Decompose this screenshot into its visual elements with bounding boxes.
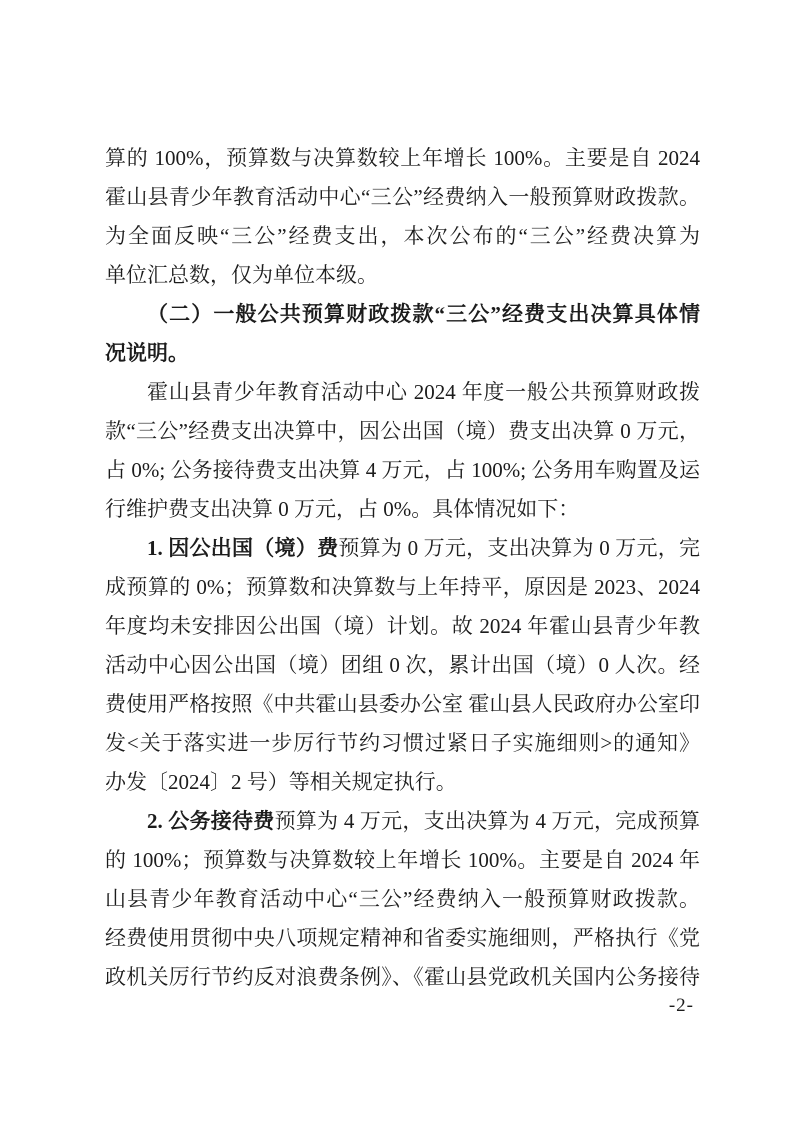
text-line: 霍山县青少年教育活动中心 2024 年度一般公共预算财政拨 — [105, 373, 700, 412]
text-segment: 霍山县青少年教育活动中心 2024 年度一般公共预算财政拨 — [147, 380, 700, 404]
text-segment: 年度均未安排因公出国（境）计划。故 2024 年霍山县青少年教育 — [105, 614, 700, 646]
text-line: 2. 公务接待费预算为 4 万元，支出决算为 4 万元，完成预算 — [105, 802, 700, 841]
text-line: 单位汇总数，仅为单位本级。 — [105, 256, 700, 295]
text-segment: 占 0%; 公务接待费支出决算 4 万元，占 100%; 公务用车购置及运 — [105, 458, 700, 482]
text-segment: 预算为 4 万元，支出决算为 4 万元，完成预算 — [275, 809, 700, 833]
text-line: 年度均未安排因公出国（境）计划。故 2024 年霍山县青少年教育 — [105, 607, 700, 646]
text-segment: 政机关厉行节约反对浪费条例》、《霍山县党政机关国内公务接待 — [105, 965, 700, 989]
text-line: 费使用严格按照《中共霍山县委办公室 霍山县人民政府办公室印 — [105, 685, 700, 724]
text-line: 办发〔2024〕2 号）等相关规定执行。 — [105, 763, 700, 802]
text-segment: 单位汇总数，仅为单位本级。 — [105, 263, 378, 287]
text-line: 占 0%; 公务接待费支出决算 4 万元，占 100%; 公务用车购置及运 — [105, 451, 700, 490]
text-line: 成预算的 0%；预算数和决算数与上年持平，原因是 2023、2024 — [105, 568, 700, 607]
text-segment: 行维护费支出决算 0 万元，占 0%。具体情况如下： — [105, 497, 579, 521]
text-segment: 预算为 0 万元，支出决算为 0 万元，完 — [338, 536, 700, 560]
text-segment: 的 100%；预算数与决算数较上年增长 100%。主要是自 2024 年霍 — [105, 848, 700, 880]
text-segment: 算的 100%，预算数与决算数较上年增长 100%。主要是自 2024 年 — [105, 146, 700, 178]
text-line: 况说明。 — [105, 334, 700, 373]
document-page: 算的 100%，预算数与决算数较上年增长 100%。主要是自 2024 年霍山县… — [0, 0, 793, 1122]
text-line: （二）一般公共预算财政拨款“三公”经费支出决算具体情 — [105, 295, 700, 334]
text-line: 行维护费支出决算 0 万元，占 0%。具体情况如下： — [105, 490, 700, 529]
bold-text-segment: （二）一般公共预算财政拨款“三公”经费支出决算具体情 — [147, 302, 700, 326]
text-line: 的 100%；预算数与决算数较上年增长 100%。主要是自 2024 年霍 — [105, 841, 700, 880]
text-segment: 霍山县青少年教育活动中心“三公”经费纳入一般预算财政拨款。 — [105, 185, 700, 209]
text-line: 款“三公”经费支出决算中，因公出国（境）费支出决算 0 万元， — [105, 412, 700, 451]
bold-text-segment: 1. 因公出国（境）费 — [147, 536, 338, 560]
text-line: 政机关厉行节约反对浪费条例》、《霍山县党政机关国内公务接待 — [105, 958, 700, 997]
text-line: 霍山县青少年教育活动中心“三公”经费纳入一般预算财政拨款。 — [105, 178, 700, 217]
text-segment: 发<关于落实进一步厉行节约习惯过紧日子实施细则>的通知》(霍 — [105, 731, 700, 763]
text-segment: 经费使用贯彻中央八项规定精神和省委实施细则，严格执行《党 — [105, 926, 700, 950]
text-segment: 办发〔2024〕2 号）等相关规定执行。 — [105, 770, 457, 794]
text-line: 活动中心因公出国（境）团组 0 次，累计出国（境）0 人次。经 — [105, 646, 700, 685]
bold-text-segment: 况说明。 — [105, 341, 189, 365]
bold-text-segment: 2. 公务接待费 — [147, 809, 275, 833]
text-line: 算的 100%，预算数与决算数较上年增长 100%。主要是自 2024 年 — [105, 139, 700, 178]
text-segment: 山县青少年教育活动中心“三公”经费纳入一般预算财政拨款。 — [105, 887, 700, 911]
text-line: 为全面反映“三公”经费支出，本次公布的“三公”经费决算为 — [105, 217, 700, 256]
text-line: 山县青少年教育活动中心“三公”经费纳入一般预算财政拨款。 — [105, 880, 700, 919]
text-segment: 为全面反映“三公”经费支出，本次公布的“三公”经费决算为 — [105, 224, 700, 248]
text-line: 经费使用贯彻中央八项规定精神和省委实施细则，严格执行《党 — [105, 919, 700, 958]
page-footer: -2- — [105, 994, 700, 1018]
text-body: 算的 100%，预算数与决算数较上年增长 100%。主要是自 2024 年霍山县… — [105, 139, 700, 997]
text-segment: 款“三公”经费支出决算中，因公出国（境）费支出决算 0 万元， — [105, 419, 700, 443]
text-segment: 活动中心因公出国（境）团组 0 次，累计出国（境）0 人次。经 — [105, 653, 700, 677]
text-line: 1. 因公出国（境）费预算为 0 万元，支出决算为 0 万元，完 — [105, 529, 700, 568]
text-line: 发<关于落实进一步厉行节约习惯过紧日子实施细则>的通知》(霍 — [105, 724, 700, 763]
text-segment: 费使用严格按照《中共霍山县委办公室 霍山县人民政府办公室印 — [105, 692, 700, 716]
text-segment: 成预算的 0%；预算数和决算数与上年持平，原因是 2023、2024 — [105, 575, 700, 599]
page-number: -2- — [669, 995, 700, 1016]
